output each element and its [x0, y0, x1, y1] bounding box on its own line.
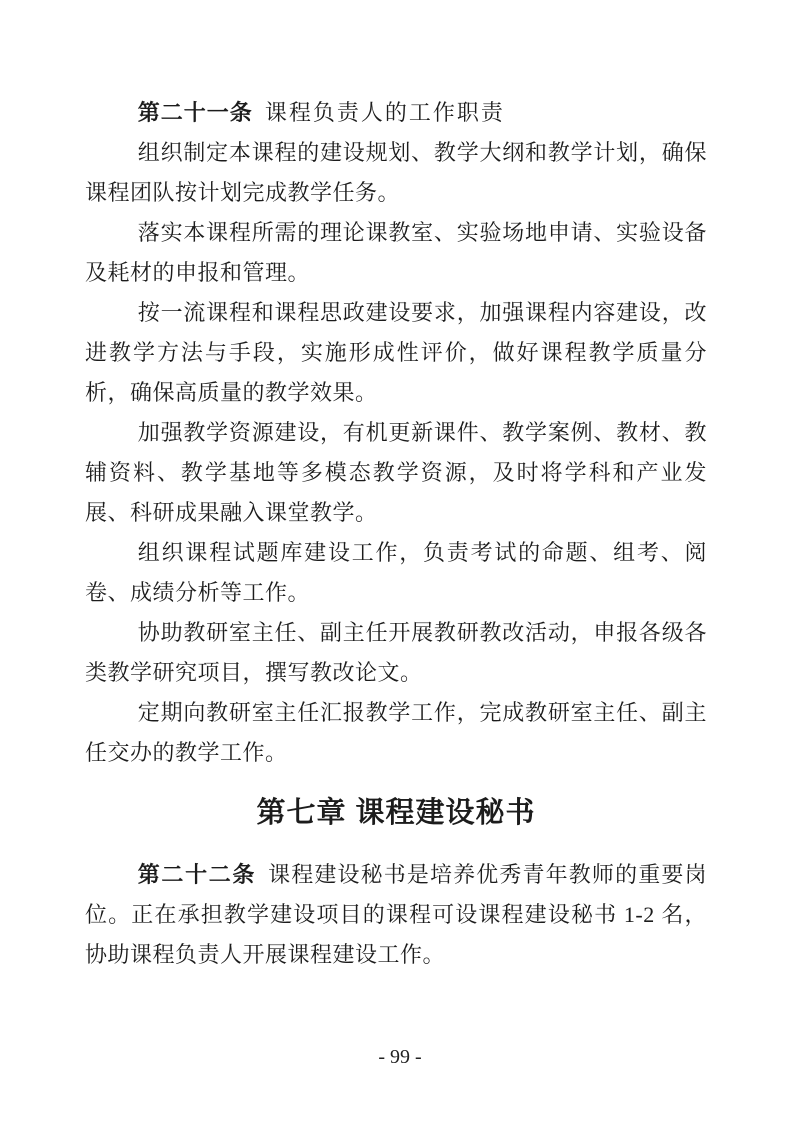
- paragraph-duty-4: 加强教学资源建设，有机更新课件、教学案例、教材、教辅资料、教学基地等多模态教学资…: [85, 413, 707, 533]
- paragraph-duty-6: 协助教研室主任、副主任开展教研教改活动，申报各级各类教学研究项目，撰写教改论文。: [85, 613, 707, 693]
- article-21-heading: 第二十一条课程负责人的工作职责: [85, 93, 707, 133]
- document-page: 第二十一条课程负责人的工作职责 组织制定本课程的建设规划、教学大纲和教学计划，确…: [0, 0, 800, 1131]
- paragraph-duty-5: 组织课程试题库建设工作，负责考试的命题、组考、阅卷、成绩分析等工作。: [85, 533, 707, 613]
- chapter-7-heading: 第七章 课程建设秘书: [85, 787, 707, 839]
- paragraph-duty-2: 落实本课程所需的理论课教室、实验场地申请、实验设备及耗材的申报和管理。: [85, 213, 707, 293]
- article-22-label: 第二十二条: [138, 862, 256, 887]
- document-body: 第二十一条课程负责人的工作职责 组织制定本课程的建设规划、教学大纲和教学计划，确…: [85, 93, 707, 975]
- page-number: - 99 -: [0, 1046, 800, 1069]
- article-22-paragraph: 第二十二条课程建设秘书是培养优秀青年教师的重要岗位。正在承担教学建设项目的课程可…: [85, 855, 707, 975]
- paragraph-duty-1: 组织制定本课程的建设规划、教学大纲和教学计划，确保课程团队按计划完成教学任务。: [85, 133, 707, 213]
- paragraph-duty-7: 定期向教研室主任汇报教学工作，完成教研室主任、副主任交办的教学工作。: [85, 693, 707, 773]
- article-21-label: 第二十一条: [138, 100, 253, 125]
- paragraph-duty-3: 按一流课程和课程思政建设要求，加强课程内容建设，改进教学方法与手段，实施形成性评…: [85, 293, 707, 413]
- article-21-title: 课程负责人的工作职责: [265, 100, 505, 125]
